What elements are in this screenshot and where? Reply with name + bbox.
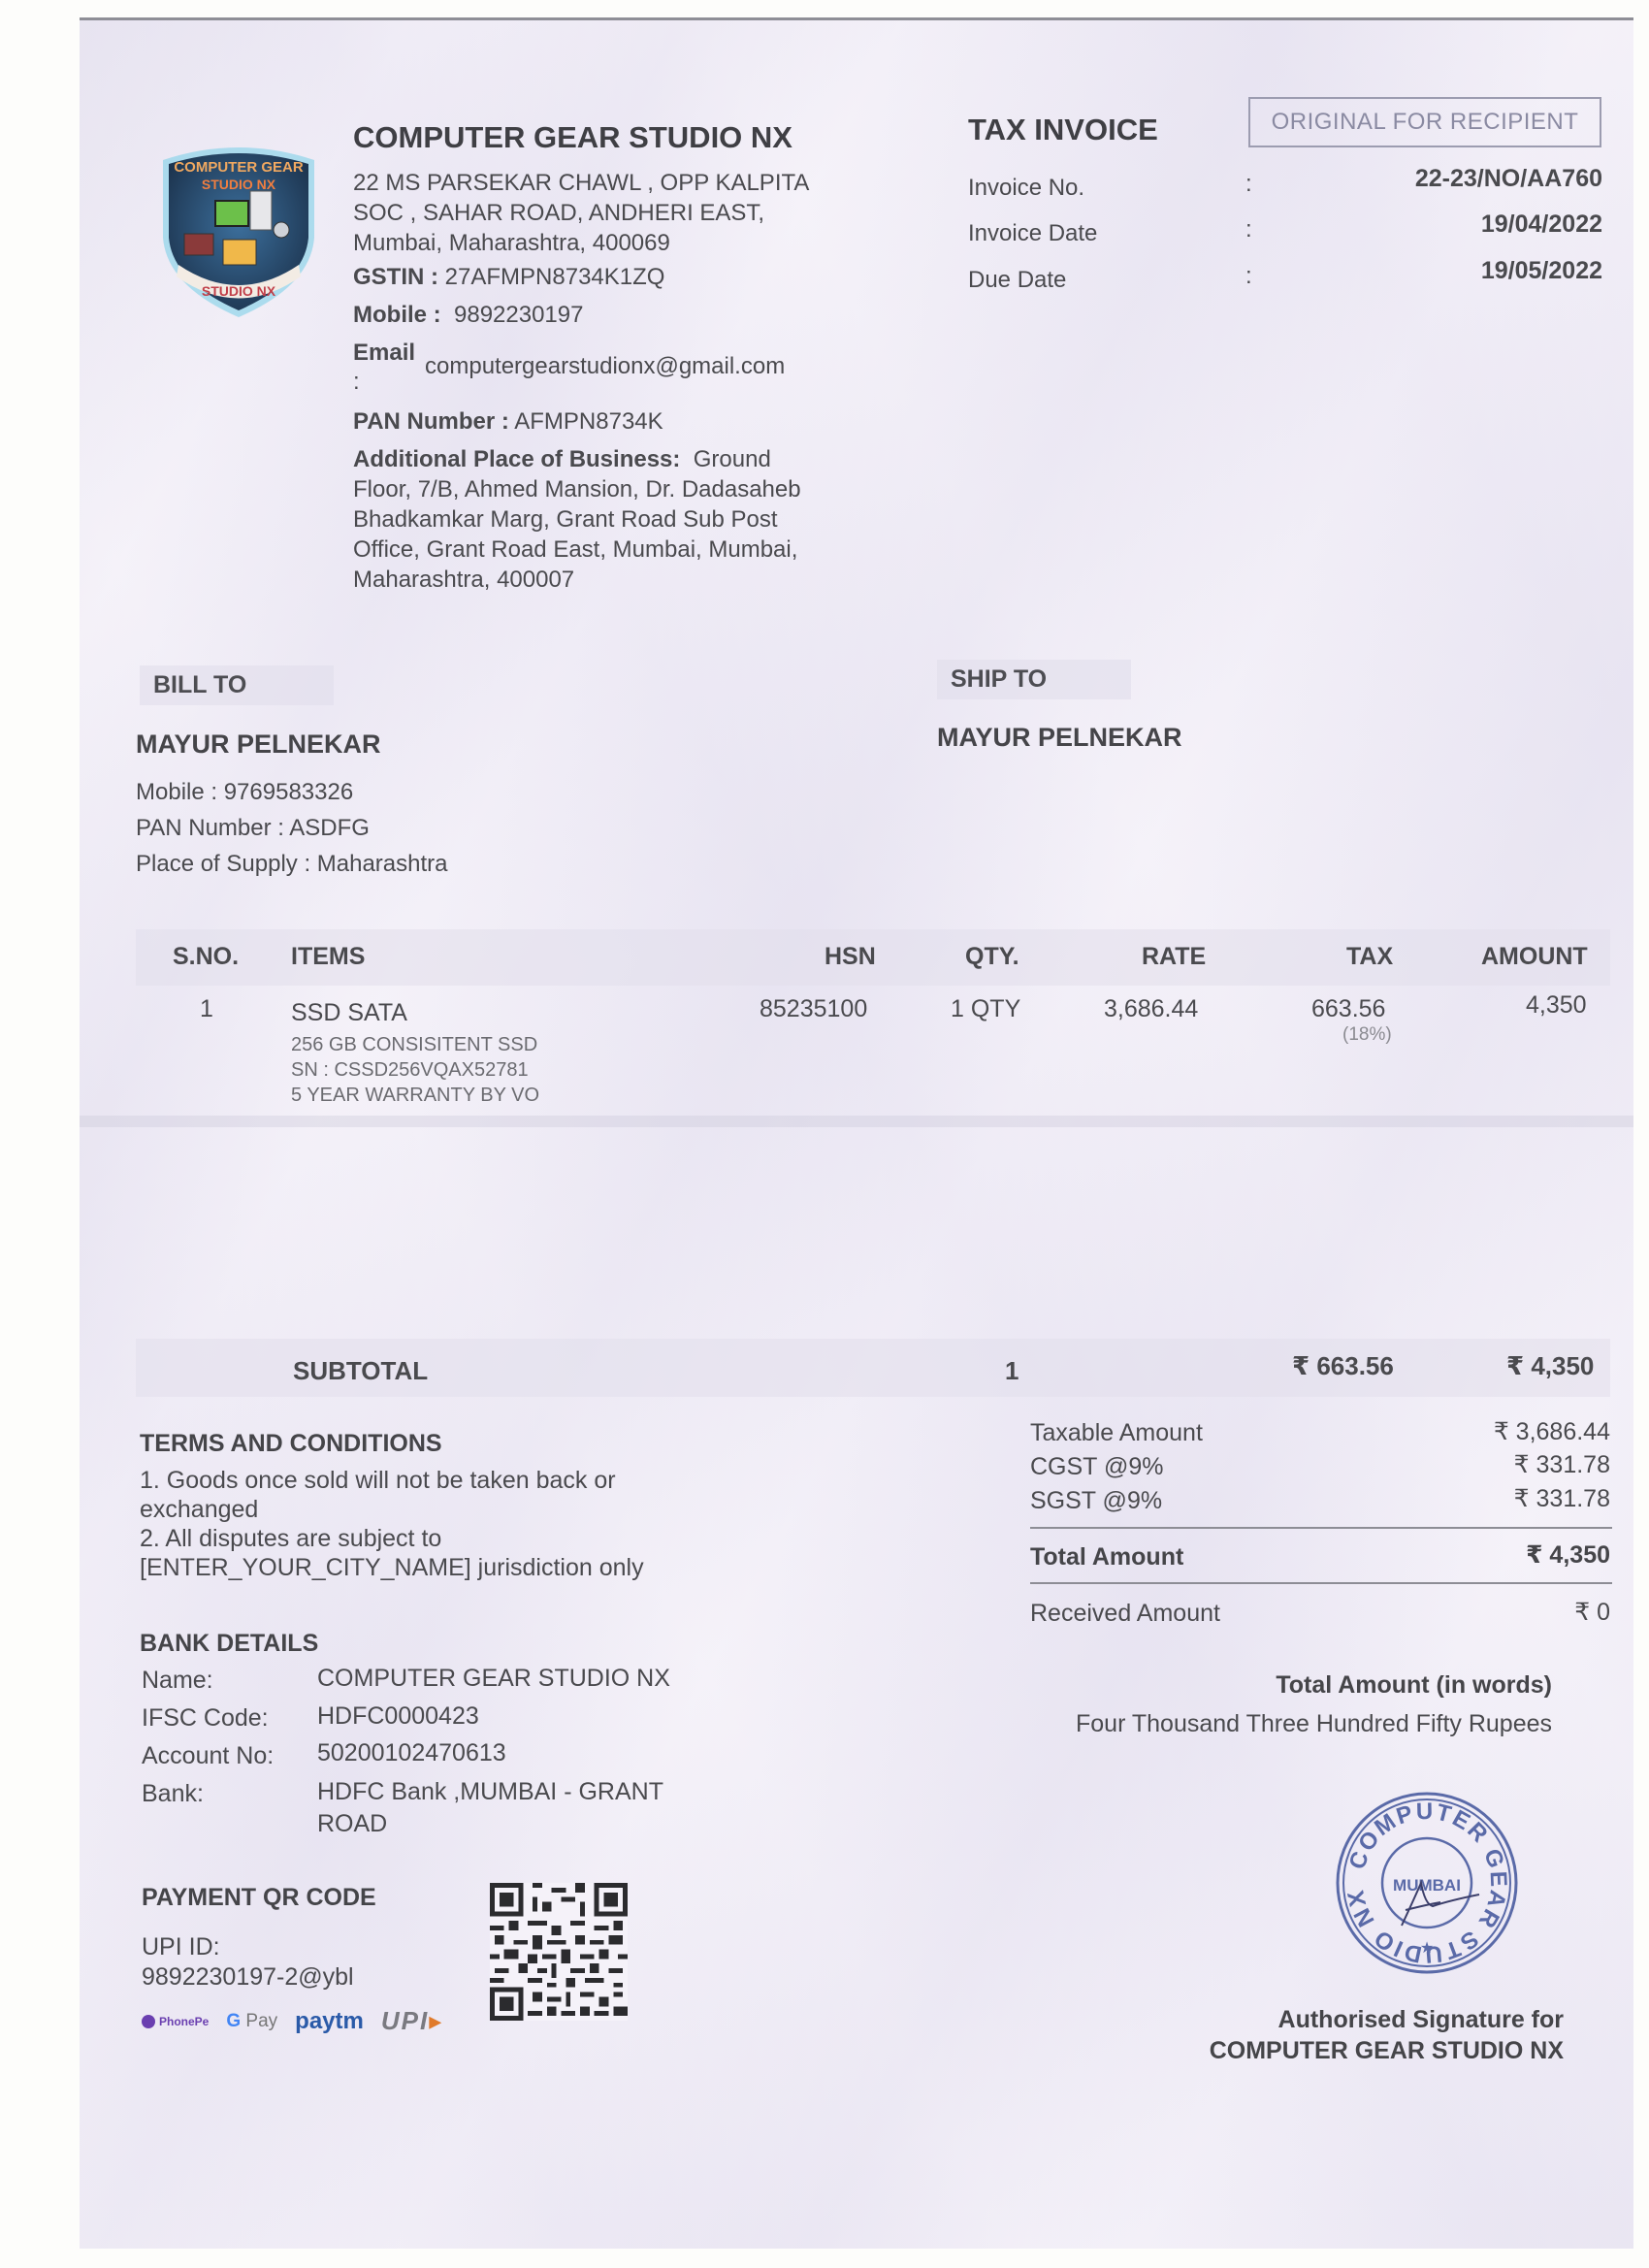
authorised-signature-company: COMPUTER GEAR STUDIO NX (1210, 2037, 1564, 2065)
phonepe-icon: PhonePe (142, 2015, 209, 2028)
cgst-label: CGST @9% (1030, 1453, 1163, 1481)
subtotal-tax: ₹ 663.56 (1292, 1351, 1394, 1381)
subtotal-label: SUBTOTAL (293, 1356, 428, 1386)
paytm-icon: paytm (295, 2008, 364, 2035)
logo-text-bottom: STUDIO NX (202, 283, 276, 299)
row-item-desc-2: SN : CSSD256VQAX52781 (291, 1059, 529, 1082)
invoice-no-value: 22-23/NO/AA760 (1415, 165, 1602, 193)
additional-place-of-business: Additional Place of Business: Ground Flo… (353, 444, 819, 595)
copy-type-badge: ORIGINAL FOR RECIPIENT (1248, 97, 1601, 147)
gstin-label: GSTIN : (353, 264, 438, 290)
col-items: ITEMS (291, 943, 365, 971)
invoice-date-value: 19/04/2022 (1481, 211, 1602, 239)
logo-text-mid: STUDIO NX (202, 177, 276, 192)
ship-to-name: MAYUR PELNEKAR (937, 723, 1182, 753)
gpay-icon: G Pay (226, 2011, 277, 2032)
additional-label: Additional Place of Business: (353, 446, 680, 472)
business-mobile: Mobile : 9892230197 (353, 302, 583, 329)
due-date-value: 19/05/2022 (1481, 257, 1602, 285)
business-address: 22 MS PARSEKAR CHAWL , OPP KALPITA SOC ,… (353, 168, 819, 258)
email-label: Email (353, 340, 415, 367)
col-qty: QTY. (965, 943, 1019, 971)
bill-to-name: MAYUR PELNEKAR (136, 729, 381, 760)
row-amount: 4,350 (1526, 991, 1587, 1020)
col-sno: S.NO. (173, 943, 239, 971)
ship-to-heading: SHIP TO (937, 660, 1131, 699)
invoice-date-label: Invoice Date (968, 220, 1097, 247)
cgst-value: ₹ 331.78 (1514, 1450, 1610, 1479)
email-colon: : (353, 369, 360, 396)
invoice-no-colon: : (1245, 171, 1252, 198)
upi-id: UPI ID:9892230197-2@ybl (142, 1932, 354, 1993)
totals-divider-2 (1030, 1582, 1612, 1584)
bank-name-value: COMPUTER GEAR STUDIO NX (317, 1665, 670, 1693)
business-gstin: GSTIN : 27AFMPN8734K1ZQ (353, 264, 664, 291)
gstin-value: 27AFMPN8734K1ZQ (445, 264, 665, 290)
payment-qr-code-icon (490, 1883, 628, 2021)
row-rate: 3,686.44 (1104, 995, 1198, 1023)
row-tax: 663.56 (1311, 995, 1385, 1023)
row-tax-pct: (18%) (1342, 1024, 1392, 1046)
terms-text: 1. Goods once sold will not be taken bac… (140, 1466, 683, 1582)
upi-icon: UPI▸ (381, 2006, 443, 2036)
col-hsn: HSN (824, 943, 876, 971)
bank-details-title: BANK DETAILS (140, 1630, 318, 1658)
payment-app-logos: PhonePe G Pay paytm UPI▸ (142, 2006, 443, 2036)
upi-label: UPI ID: (142, 1933, 220, 1960)
totals-divider-1 (1030, 1527, 1612, 1529)
received-amount-label: Received Amount (1030, 1600, 1220, 1628)
bank-name-label: Name: (142, 1667, 213, 1695)
bill-to-heading: BILL TO (140, 665, 334, 705)
col-rate: RATE (1142, 943, 1206, 971)
sgst-value: ₹ 331.78 (1514, 1484, 1610, 1513)
upi-value: 9892230197-2@ybl (142, 1963, 354, 1991)
invoice-no-label: Invoice No. (968, 175, 1084, 202)
row-qty: 1 QTY (951, 995, 1020, 1023)
taxable-amount-label: Taxable Amount (1030, 1419, 1203, 1447)
svg-text:★: ★ (1420, 1940, 1434, 1957)
ifsc-label: IFSC Code: (142, 1704, 269, 1733)
stamp-inner-text: MUMBAI (1393, 1876, 1461, 1895)
received-amount-value: ₹ 0 (1574, 1598, 1610, 1627)
total-amount-value: ₹ 4,350 (1526, 1540, 1610, 1570)
bill-to-mobile: Mobile : 9769583326 (136, 779, 353, 806)
business-pan: PAN Number : AFMPN8734K (353, 408, 663, 436)
subtotal-amount: ₹ 4,350 (1506, 1351, 1594, 1381)
amount-in-words-value: Four Thousand Three Hundred Fifty Rupees (1076, 1710, 1552, 1738)
mobile-label: Mobile : (353, 302, 441, 328)
row-sno: 1 (200, 995, 213, 1023)
row-item-name: SSD SATA (291, 999, 407, 1027)
company-logo-icon: COMPUTER GEAR STUDIO NX STUDIO NX (155, 141, 322, 320)
row-hsn: 85235100 (760, 995, 867, 1023)
bill-to-pan: PAN Number : ASDFG (136, 815, 370, 842)
subtotal-qty: 1 (1005, 1356, 1018, 1386)
bank-value: HDFC Bank ,MUMBAI - GRANT (317, 1778, 663, 1806)
pan-label: PAN Number : (353, 408, 509, 435)
due-date-label: Due Date (968, 267, 1066, 294)
amount-in-words-label: Total Amount (in words) (1276, 1671, 1552, 1700)
pan-value: AFMPN8734K (514, 408, 663, 435)
bank-value-line2: ROAD (317, 1810, 387, 1838)
row-item-desc-3: 5 YEAR WARRANTY BY VO (291, 1085, 539, 1107)
mobile-value: 9892230197 (454, 302, 583, 328)
account-no-value: 50200102470613 (317, 1739, 506, 1767)
sgst-label: SGST @9% (1030, 1487, 1162, 1515)
bill-to-place-of-supply: Place of Supply : Maharashtra (136, 851, 448, 878)
payment-qr-title: PAYMENT QR CODE (142, 1884, 376, 1912)
taxable-amount-value: ₹ 3,686.44 (1494, 1417, 1610, 1446)
col-tax: TAX (1346, 943, 1393, 971)
logo-text-top: COMPUTER GEAR (174, 159, 304, 176)
total-amount-label: Total Amount (1030, 1543, 1183, 1571)
business-name: COMPUTER GEAR STUDIO NX (353, 120, 792, 155)
due-date-colon: : (1245, 263, 1252, 290)
items-divider (80, 1116, 1633, 1127)
company-stamp-icon: COMPUTER GEAR STUDIO NX MUMBAI ★ (1334, 1790, 1520, 1976)
invoice-title: TAX INVOICE (968, 113, 1158, 147)
account-no-label: Account No: (142, 1742, 274, 1770)
bank-label: Bank: (142, 1780, 204, 1808)
invoice-date-colon: : (1245, 216, 1252, 243)
business-email: computergearstudionx@gmail.com (425, 353, 785, 380)
authorised-signature-label: Authorised Signature for (1278, 2006, 1564, 2034)
col-amount: AMOUNT (1481, 943, 1588, 971)
row-item-desc-1: 256 GB CONSISITENT SSD (291, 1034, 537, 1056)
terms-title: TERMS AND CONDITIONS (140, 1430, 442, 1458)
ifsc-value: HDFC0000423 (317, 1702, 479, 1731)
